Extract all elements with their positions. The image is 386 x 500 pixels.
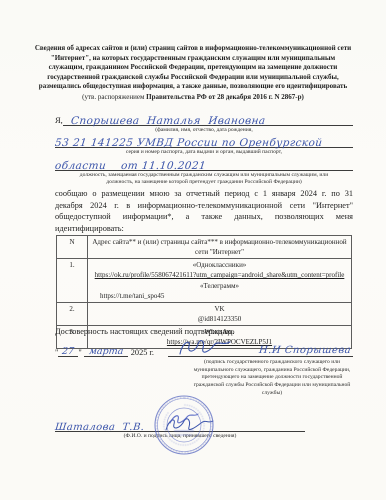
table-row: 1. «Одноклассники» https://ok.ru/profile… (57, 259, 352, 303)
name-blank-line: Спорышева Наталья Ивановна (63, 112, 353, 126)
position-line: области от 11.10.2021 (55, 157, 353, 171)
site-name: VK (90, 304, 349, 314)
approval-prefix: (утв. распоряжением (82, 93, 146, 101)
month-blank: марта (84, 345, 128, 357)
column-header-address: Адрес сайта** и (или) страницы сайта*** … (88, 236, 352, 259)
declarant-name-line: Я, Спорышева Наталья Ивановна (55, 112, 353, 126)
pronoun-label: Я, (55, 115, 63, 126)
year-label: 2025 г. (131, 348, 154, 357)
column-header-number: N (57, 236, 88, 259)
table-header-row: N Адрес сайта** и (или) страницы сайта**… (57, 236, 352, 259)
handwritten-day: 27 (62, 346, 75, 357)
site-name: «Одноклассники» (90, 260, 349, 270)
quote-close: " (78, 348, 81, 357)
official-round-stamp: ••••••••••••••••••••••••••••••••••••••••… (152, 393, 216, 457)
row-address-cell: VK @id814123350 (88, 302, 352, 325)
passport-caption: серия и номер паспорта, дата выдачи и ор… (55, 149, 353, 156)
svg-text:••••••••••••••••••••••••••••••: ••••••••••••••••••••••••••••••••••••••••… (162, 403, 206, 447)
handwritten-passport: 53 21 141225 УМВД России по Оренбургской (54, 137, 323, 149)
signature-stroke-icon (176, 337, 234, 359)
statement-paragraph: сообщаю о размещении мною за отчетный пе… (55, 188, 353, 234)
approval-note: (утв. распоряжением Правительства РФ от … (33, 93, 353, 103)
row-address-cell: «Одноклассники» https://ok.ru/profile/55… (88, 259, 352, 303)
site-url: https://ok.ru/profile/558067421611?utm_c… (90, 270, 349, 280)
name-caption: (фамилия, имя, отчество, дата рождения, (55, 127, 353, 134)
row-number: 2. (57, 302, 88, 325)
date-and-signature-row: " 27 " марта 2025 г. Н.И Спорышева (55, 340, 353, 357)
handwritten-month: марта (88, 346, 123, 357)
position-caption: должность, замещаемая государственным гр… (73, 172, 335, 187)
site-url: https://t.me/tani_spo45 (90, 291, 349, 301)
passport-line: 53 21 141225 УМВД России по Оренбургской (55, 134, 353, 148)
day-blank: 27 (58, 345, 78, 357)
table-row: 2. VK @id814123350 (57, 302, 352, 325)
row-number: 1. (57, 259, 88, 303)
declarant-section: Я, Спорышева Наталья Ивановна (фамилия, … (55, 112, 353, 186)
site-url: @id814123350 (90, 314, 349, 324)
position-blank-line: области от 11.10.2021 (55, 157, 353, 171)
scanned-document-page: Сведения об адресах сайтов и (или) стран… (0, 0, 386, 500)
confirmation-statement: Достоверность настоящих сведений подтвер… (55, 327, 353, 336)
stamp-icon: ••••••••••••••••••••••••••••••••••••••••… (152, 393, 216, 457)
passport-blank-line: 53 21 141225 УМВД России по Оренбургской (55, 134, 353, 148)
handwritten-receiver-name: Шаталова Т.В. (54, 422, 144, 433)
signature-line: Н.И Спорышева (168, 340, 353, 357)
document-header: Сведения об адресах сайтов и (или) стран… (33, 44, 353, 102)
handwritten-region-date: области от 11.10.2021 (54, 160, 206, 172)
stamp-signature-stroke (170, 414, 198, 423)
handwritten-full-name: Спорышева Наталья Ивановна (70, 115, 266, 127)
handwritten-signatory-name: Н.И Спорышева (258, 345, 351, 356)
site-name: «Телеграмм» (90, 281, 349, 291)
document-title: Сведения об адресах сайтов и (или) стран… (33, 44, 353, 92)
approval-reference: Правительства РФ от 28 декабря 2016 г. N… (146, 93, 304, 101)
confirmation-section: Достоверность настоящих сведений подтвер… (55, 327, 353, 398)
signature-caption: (подпись государственного гражданского с… (188, 359, 356, 398)
